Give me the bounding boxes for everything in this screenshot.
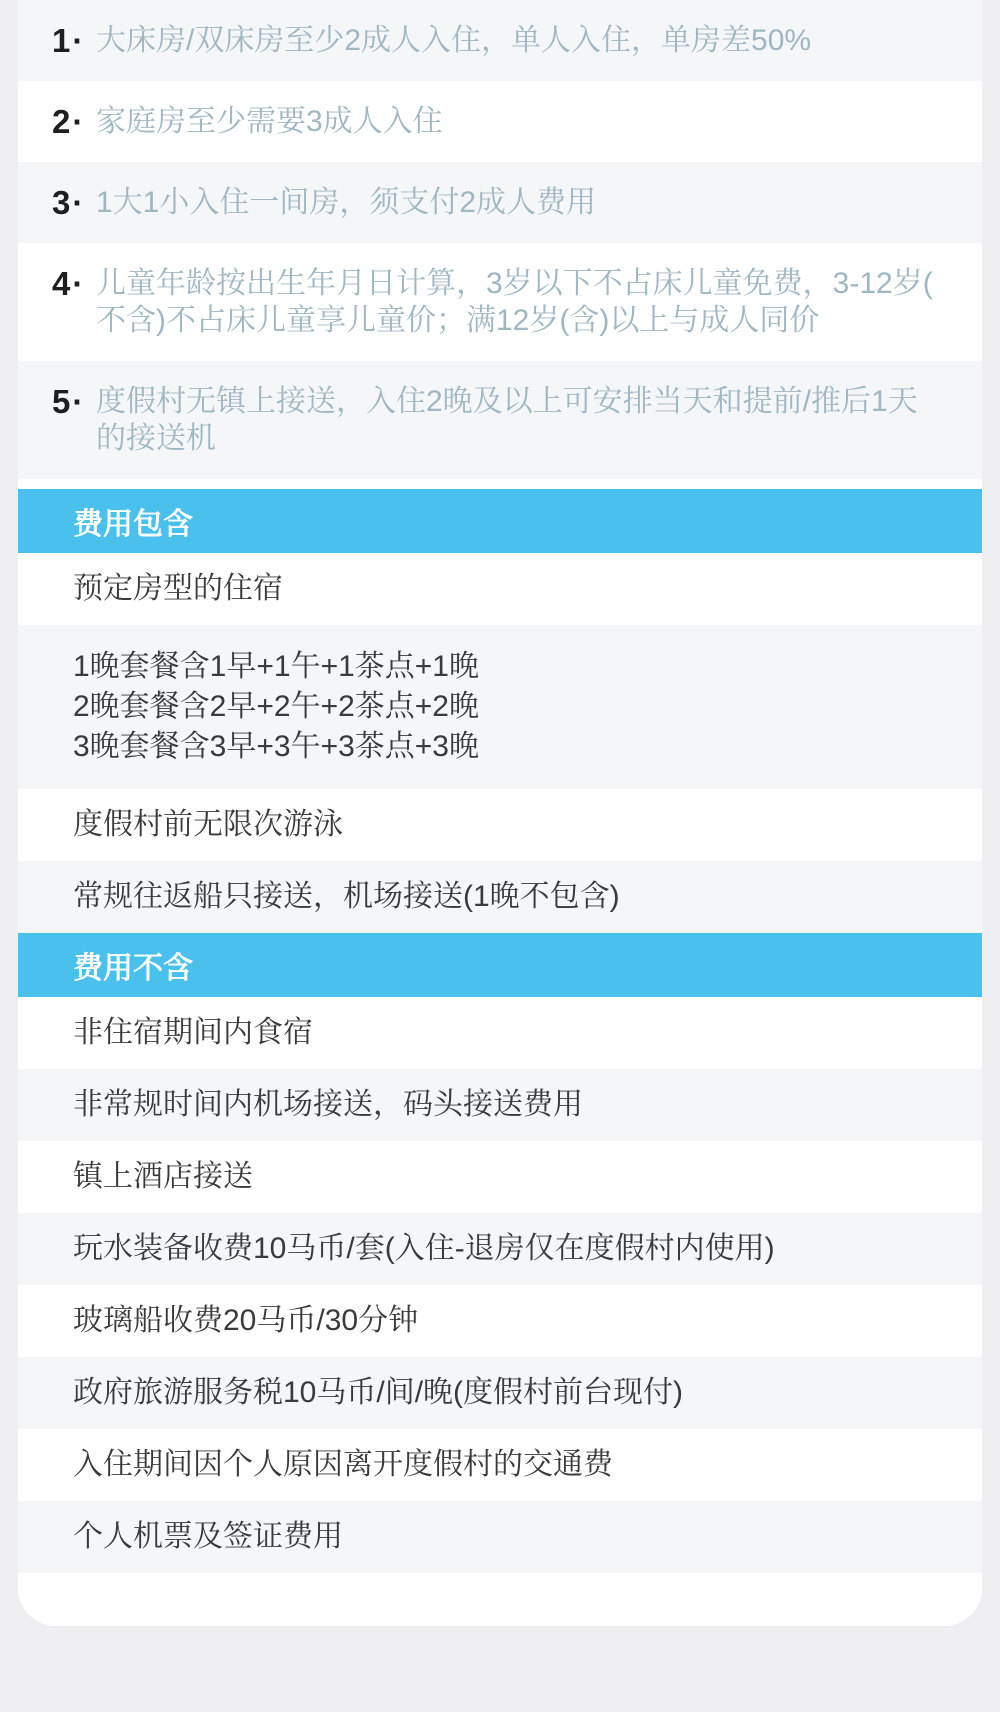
note-number: 4· [52, 265, 96, 302]
booking-note-row: 2·家庭房至少需要3成人入住 [18, 81, 982, 162]
note-number: 5· [52, 383, 96, 420]
note-number: 1· [52, 22, 96, 59]
fee-item-line: 个人机票及签证费用 [73, 1519, 956, 1555]
section-header-fees-included: 费用包含 [18, 489, 982, 553]
note-text-line: 不含)不占床儿童享儿童价；满12岁(含)以上与成人同价 [96, 302, 933, 339]
fee-item-line: 镇上酒店接送 [73, 1159, 956, 1195]
fee-item-line: 入住期间因个人原因离开度假村的交通费 [73, 1447, 956, 1483]
fee-item-line: 非常规时间内机场接送，码头接送费用 [73, 1087, 956, 1123]
booking-note-row: 4·儿童年龄按出生年月日计算，3岁以下不占床儿童免费，3-12岁(不含)不占床儿… [18, 243, 982, 361]
note-text: 儿童年龄按出生年月日计算，3岁以下不占床儿童免费，3-12岁(不含)不占床儿童享… [96, 265, 933, 339]
note-text-line: 度假村无镇上接送，入住2晚及以上可安排当天和提前/推后1天 [96, 383, 918, 420]
fee-item-row: 非住宿期间内食宿 [18, 997, 982, 1069]
note-text-line: 大床房/双床房至少2成人入住，单人入住，单房差50% [96, 22, 811, 59]
fee-item-line: 1晚套餐含1早+1午+1茶点+1晚 [73, 647, 956, 687]
fee-item-line: 政府旅游服务税10马币/间/晚(度假村前台现付) [73, 1375, 956, 1411]
fee-item-row: 玩水装备收费10马币/套(入住-退房仅在度假村内使用) [18, 1213, 982, 1285]
fee-item-row: 预定房型的住宿 [18, 553, 982, 625]
fee-item-line: 预定房型的住宿 [73, 571, 956, 607]
note-text: 家庭房至少需要3成人入住 [96, 103, 443, 140]
fee-item-row: 个人机票及签证费用 [18, 1501, 982, 1573]
booking-note-row: 5·度假村无镇上接送，入住2晚及以上可安排当天和提前/推后1天的接送机 [18, 361, 982, 479]
booking-note-row: 3·1大1小入住一间房，须支付2成人费用 [18, 162, 982, 243]
fee-rules-card: 1·大床房/双床房至少2成人入住，单人入住，单房差50%2·家庭房至少需要3成人… [18, 0, 982, 1626]
note-text-line: 的接送机 [96, 420, 918, 457]
section-header-label: 费用不含 [73, 943, 193, 987]
card-bottom [18, 1573, 982, 1626]
section-header-fees-excluded: 费用不含 [18, 933, 982, 997]
fee-item-row: 镇上酒店接送 [18, 1141, 982, 1213]
fee-item-line: 常规往返船只接送，机场接送(1晚不包含) [73, 879, 956, 915]
fee-item-row: 1晚套餐含1早+1午+1茶点+1晚2晚套餐含2早+2午+2茶点+2晚3晚套餐含3… [18, 625, 982, 789]
fee-item-line: 3晚套餐含3早+3午+3茶点+3晚 [73, 727, 956, 767]
section-gap [18, 479, 982, 489]
fee-item-line: 2晚套餐含2早+2午+2茶点+2晚 [73, 687, 956, 727]
fee-item-row: 度假村前无限次游泳 [18, 789, 982, 861]
fee-item-line: 玩水装备收费10马币/套(入住-退房仅在度假村内使用) [73, 1231, 956, 1267]
note-number: 3· [52, 184, 96, 221]
fee-item-row: 玻璃船收费20马币/30分钟 [18, 1285, 982, 1357]
fee-item-line: 非住宿期间内食宿 [73, 1015, 956, 1051]
fee-item-row: 政府旅游服务税10马币/间/晚(度假村前台现付) [18, 1357, 982, 1429]
note-text: 大床房/双床房至少2成人入住，单人入住，单房差50% [96, 22, 811, 59]
fee-item-row: 入住期间因个人原因离开度假村的交通费 [18, 1429, 982, 1501]
note-text-line: 1大1小入住一间房，须支付2成人费用 [96, 184, 596, 221]
note-text: 度假村无镇上接送，入住2晚及以上可安排当天和提前/推后1天的接送机 [96, 383, 918, 457]
fee-item-row: 常规往返船只接送，机场接送(1晚不包含) [18, 861, 982, 933]
note-text-line: 家庭房至少需要3成人入住 [96, 103, 443, 140]
booking-note-row: 1·大床房/双床房至少2成人入住，单人入住，单房差50% [18, 0, 982, 81]
note-text-line: 儿童年龄按出生年月日计算，3岁以下不占床儿童免费，3-12岁( [96, 265, 933, 302]
note-number: 2· [52, 103, 96, 140]
fee-item-line: 度假村前无限次游泳 [73, 807, 956, 843]
fee-item-line: 玻璃船收费20马币/30分钟 [73, 1303, 956, 1339]
fee-item-row: 非常规时间内机场接送，码头接送费用 [18, 1069, 982, 1141]
note-text: 1大1小入住一间房，须支付2成人费用 [96, 184, 596, 221]
section-header-label: 费用包含 [73, 499, 193, 543]
